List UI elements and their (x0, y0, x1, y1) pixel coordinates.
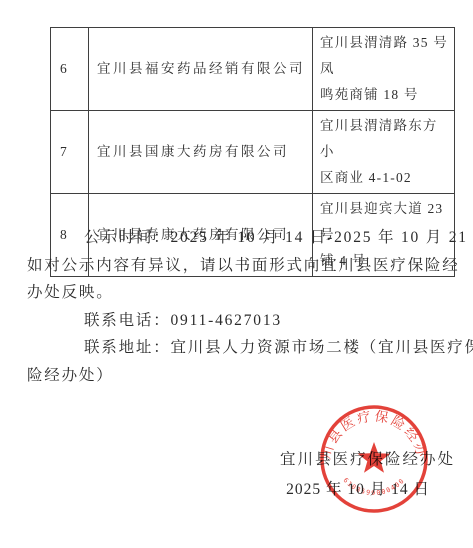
contact-address-line-2: 险经办处） (27, 362, 451, 390)
company-address: 宜川县渭清路东方小 区商业 4-1-02 (313, 111, 455, 194)
objection-line-1: 如对公示内容有异议，请以书面形式向宜川县医疗保险经 (27, 252, 451, 280)
company-name: 宜川县国康大药房有限公司 (89, 111, 313, 194)
row-number: 7 (51, 111, 89, 194)
notice-document: 6 宜川县福安药品经销有限公司 宜川县渭清路 35 号凤 鸣苑商铺 18 号 7… (0, 0, 473, 548)
table-row: 7 宜川县国康大药房有限公司 宜川县渭清路东方小 区商业 4-1-02 (51, 111, 455, 194)
notice-body: 公示时间：2025 年 10 月 14 日-2025 年 10 月 21 日 如… (27, 224, 451, 389)
publicity-period-line: 公示时间：2025 年 10 月 14 日-2025 年 10 月 21 日 (27, 224, 451, 252)
objection-line-2: 办处反映。 (27, 279, 451, 307)
contact-phone-line: 联系电话：0911-4627013 (27, 307, 451, 335)
company-address: 宜川县渭清路 35 号凤 鸣苑商铺 18 号 (313, 28, 455, 111)
contact-address-line-1: 联系地址：宜川县人力资源市场二楼（宜川县医疗保 (27, 334, 451, 362)
company-name: 宜川县福安药品经销有限公司 (89, 28, 313, 111)
table-row: 6 宜川县福安药品经销有限公司 宜川县渭清路 35 号凤 鸣苑商铺 18 号 (51, 28, 455, 111)
signature-date: 2025 年 10 月 14 日 (286, 477, 430, 499)
signature-office: 宜川县医疗保险经办处 (280, 447, 455, 469)
row-number: 6 (51, 28, 89, 111)
